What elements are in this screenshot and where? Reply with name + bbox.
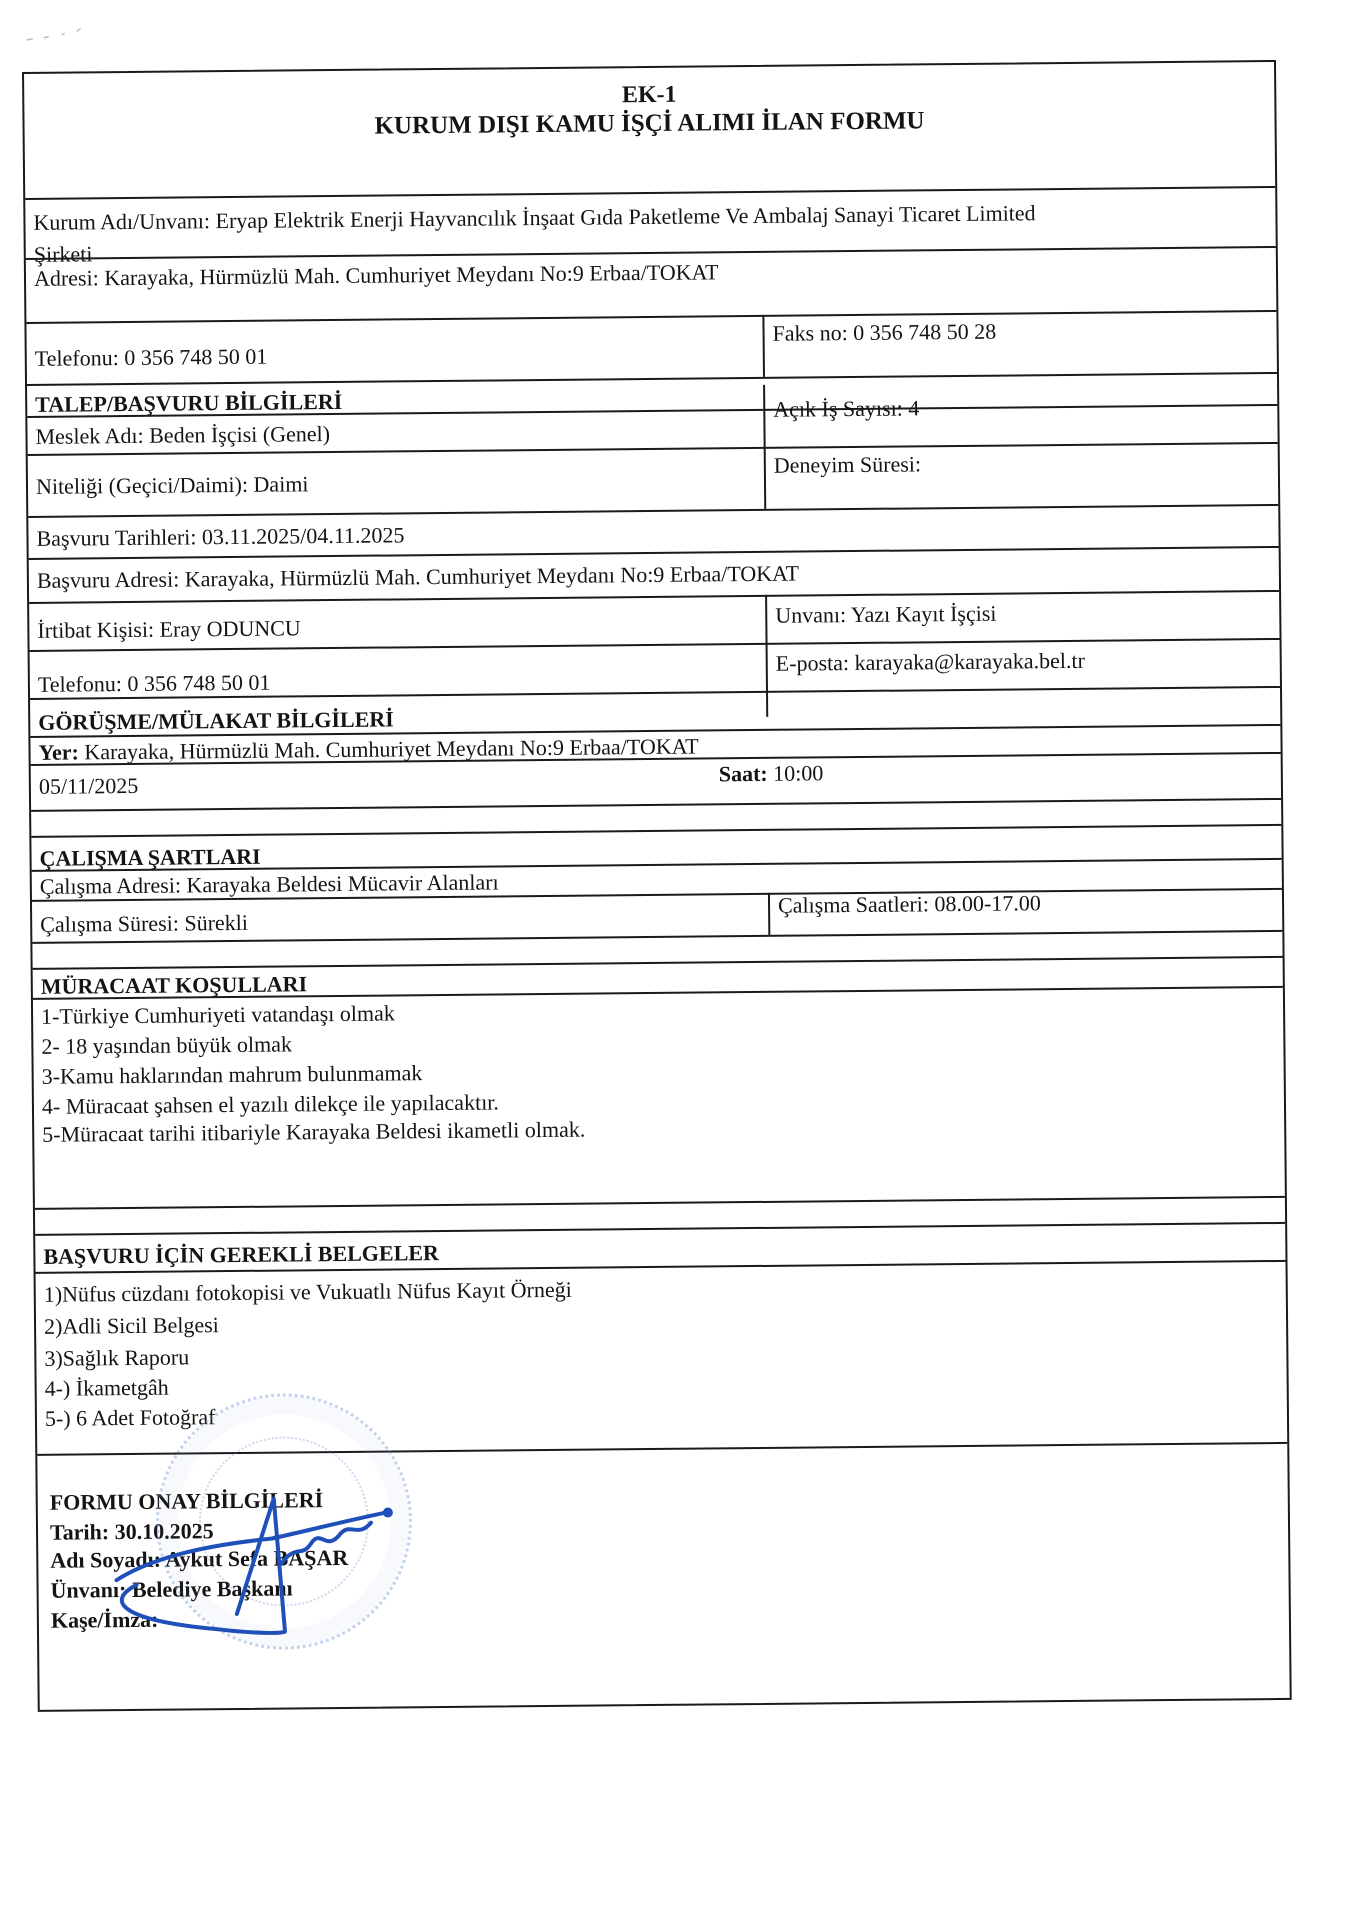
interview-place-label: Yer: <box>38 739 79 764</box>
institution-name-cont: Şirketi <box>34 241 93 268</box>
column-divider <box>765 595 768 717</box>
application-dates-field: Başvuru Tarihleri: 03.11.2025/04.11.2025 <box>36 522 404 552</box>
contact-email-field[interactable]: E-posta: karayaka@karayaka.bel.tr <box>776 648 1085 677</box>
work-hours-field: Çalışma Saatleri: 08.00-17.00 <box>778 890 1041 919</box>
column-divider <box>768 893 770 935</box>
requirement-item: 1-Türkiye Cumhuriyeti vatandaşı olmak <box>41 1000 395 1029</box>
requirement-item: 5-Müracaat tarihi itibariyle Karayaka Be… <box>42 1117 585 1148</box>
divider <box>28 504 1278 518</box>
document-item: 2)Adli Sicil Belgesi <box>44 1312 219 1340</box>
document-item: 4-) İkametgâh <box>45 1375 169 1402</box>
signature-mark <box>96 1482 428 1655</box>
divider <box>35 1196 1285 1210</box>
divider <box>31 824 1281 838</box>
interview-time-value: 10:00 <box>768 760 824 786</box>
interview-time-label: Saat: <box>719 761 768 786</box>
column-divider <box>762 315 765 377</box>
divider <box>26 246 1276 260</box>
document-item: 3)Sağlık Raporu <box>44 1344 189 1371</box>
experience-field: Deneyim Süresi: <box>774 451 922 478</box>
requirement-item: 4- Müracaat şahsen el yazılı dilekçe ile… <box>42 1089 499 1119</box>
interview-time-field: Saat: 10:00 <box>719 760 824 787</box>
nature-field: Niteliği (Geçici/Daimi): Daimi <box>36 471 309 500</box>
interview-date-field: 05/11/2025 <box>39 773 139 800</box>
document-page: EK-1 KURUM DIŞI KAMU İŞÇİ ALIMI İLAN FOR… <box>0 0 1358 1920</box>
occupation-field: Meslek Adı: Beden İşçisi (Genel) <box>35 421 330 450</box>
institution-fax: Faks no: 0 356 748 50 28 <box>772 319 996 347</box>
application-address-field: Başvuru Adresi: Karayaka, Hürmüzlü Mah. … <box>37 561 799 594</box>
document-item: 5-) 6 Adet Fotoğraf <box>45 1404 216 1432</box>
contact-person-field: İrtibat Kişisi: Eray ODUNCU <box>37 615 301 644</box>
institution-phone: Telefonu: 0 356 748 50 01 <box>35 344 268 372</box>
divider <box>26 310 1276 324</box>
divider <box>27 372 1277 386</box>
section-heading-documents: BAŞVURU İÇİN GEREKLİ BELGELER <box>43 1240 439 1270</box>
open-positions-field: Açık İş Sayısı: 4 <box>773 395 919 422</box>
requirement-item: 2- 18 yaşından büyük olmak <box>41 1031 292 1059</box>
requirement-item: 3-Kamu haklarından mahrum bulunmamak <box>42 1060 423 1090</box>
divider <box>33 956 1283 970</box>
institution-address: Adresi: Karayaka, Hürmüzlü Mah. Cumhuriy… <box>34 259 719 292</box>
work-duration-field: Çalışma Süresi: Sürekli <box>40 910 248 938</box>
scan-artifact-marks <box>22 25 112 46</box>
document-item: 1)Nüfus cüzdanı fotokopisi ve Vukuatlı N… <box>44 1277 572 1308</box>
contact-phone-field: Telefonu: 0 356 748 50 01 <box>38 670 271 698</box>
divider <box>35 1222 1285 1236</box>
contact-title-field: Unvanı: Yazı Kayıt İşçisi <box>775 601 996 629</box>
section-heading-interview: GÖRÜŞME/MÜLAKAT BİLGİLERİ <box>38 706 394 735</box>
divider <box>31 798 1281 812</box>
divider <box>25 186 1275 200</box>
